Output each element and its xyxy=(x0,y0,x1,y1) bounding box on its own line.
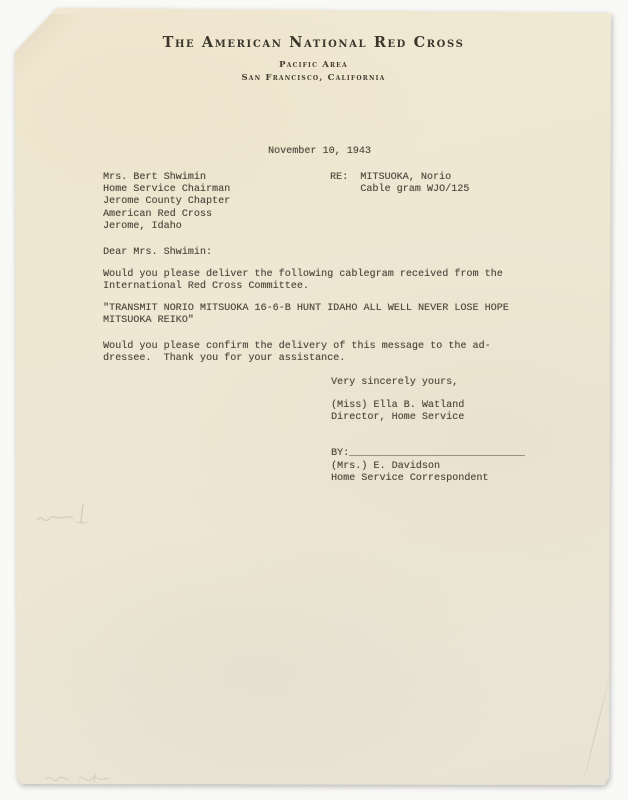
pencil-annotation-bottom xyxy=(43,770,123,786)
letter-paper: The American National Red Cross Pacific … xyxy=(15,8,612,786)
body-paragraph-2: Would you please confirm the delivery of… xyxy=(103,341,491,365)
paper-shadow-wrap: The American National Red Cross Pacific … xyxy=(0,0,628,800)
signer-title: Director, Home Service xyxy=(331,412,464,424)
salutation-line: Dear Mrs. Shwimin: xyxy=(103,247,212,259)
by-name: (Mrs.) E. Davidson xyxy=(331,461,440,473)
cablegram-text: "TRANSMIT NORIO MITSUOKA 16-6-B HUNT IDA… xyxy=(103,303,509,327)
paper-crease xyxy=(584,672,612,779)
reference-block: RE: MITSUOKA, Norio Cable gram WJO/125 xyxy=(330,172,469,196)
letterhead-city-line: San Francisco, California xyxy=(15,73,612,83)
closing-line: Very sincerely yours, xyxy=(331,377,458,389)
by-underline: _____________________________ xyxy=(349,448,525,459)
letterhead-title: The American National Red Cross xyxy=(15,34,612,52)
scanned-document-view: The American National Red Cross Pacific … xyxy=(0,0,628,800)
recipient-address-block: Mrs. Bert Shwimin Home Service Chairman … xyxy=(103,172,230,233)
by-label: BY: xyxy=(331,448,349,459)
signer-name: (Miss) Ella B. Watland xyxy=(331,400,464,412)
by-signature-line: BY:_____________________________ xyxy=(331,448,525,460)
letterhead: The American National Red Cross Pacific … xyxy=(15,34,612,83)
letterhead-area-line: Pacific Area xyxy=(15,60,612,70)
by-title: Home Service Correspondent xyxy=(331,473,489,485)
pencil-annotation-mid xyxy=(33,500,103,530)
body-paragraph-1: Would you please deliver the following c… xyxy=(103,269,503,293)
letter-date: November 10, 1943 xyxy=(268,146,371,158)
